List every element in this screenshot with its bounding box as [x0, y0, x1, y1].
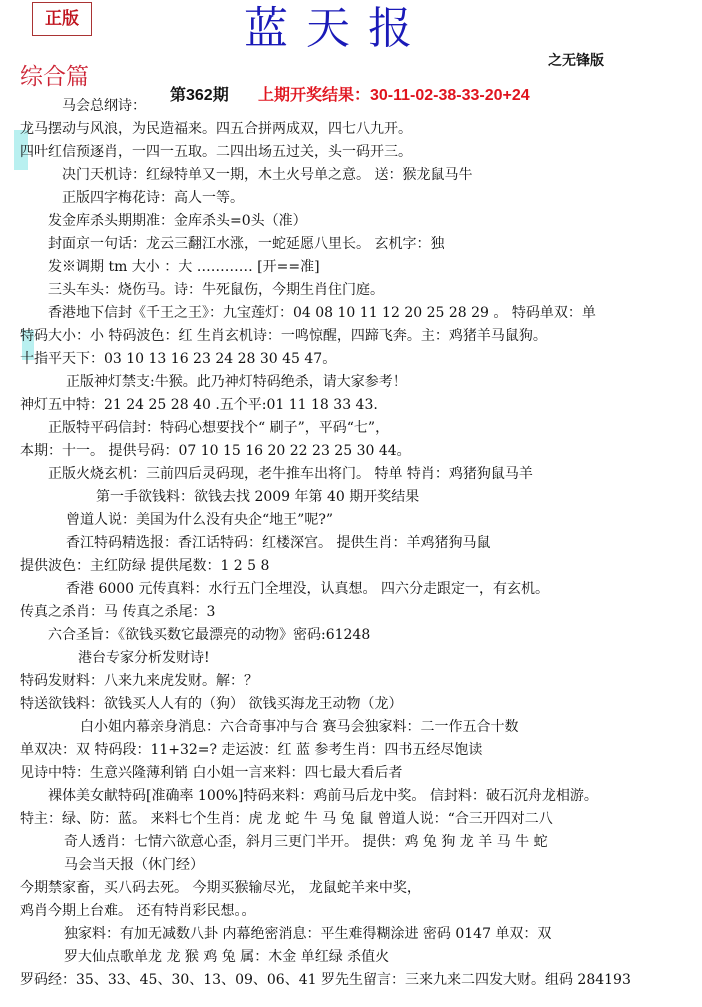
text-line: 香江特码精选报：香江话特码：红楼深宫。 提供生肖：羊鸡猪狗马鼠 — [66, 533, 490, 553]
text-line: 正版神灯禁支:牛猴。此乃神灯特码绝杀，请大家参考！ — [66, 372, 407, 392]
text-line: 决门天机诗：红绿特单又一期，木土火号单之意。 送：猴龙鼠马牛 — [62, 165, 472, 185]
text-line: 发※调期 tm 大小 ：大 ………… [开==准] — [48, 257, 320, 277]
text-line: 罗码经：35、33、45、30、13、09、06、41 罗先生留言：三来九来二四… — [20, 970, 631, 990]
authentic-edition-stamp: 正版 — [32, 2, 92, 36]
section-title: 综合篇 — [20, 62, 89, 92]
text-line: 鸡肖今期上台难。 还有特肖彩民想。。 — [20, 901, 255, 921]
text-line: 正版火烧玄机：三前四后灵码现，老牛推车出将门。 特单 特肖：鸡猪狗鼠马羊 — [48, 464, 533, 484]
issue-number: 第362期 — [170, 82, 229, 105]
text-line: 马会当天报（休门经） — [64, 855, 204, 875]
text-line: 特送欲钱料：欲钱买人人有的（狗） 欲钱买海龙王动物（龙） — [20, 694, 402, 714]
text-line: 龙马摆动与风浪，为民造福来。四五合拼两成双，四七八九开。 — [20, 119, 412, 139]
edition-label: 之无锋版 — [548, 50, 604, 70]
text-line: 十指平天下：03 10 13 16 23 24 28 30 45 47。 — [20, 349, 336, 369]
text-line: 正版四字梅花诗：高人一等。 — [62, 188, 244, 208]
text-line: 白小姐内幕亲身消息：六合奇事冲与合 赛马会独家料：二一作五合十数 — [80, 717, 518, 737]
text-line: 裸体美女献特码[准确率 100%]特码来料：鸡前马后龙中奖。 信封料：破石沉舟龙… — [48, 786, 598, 806]
text-line: 发金库杀头期期准：金库杀头=0头（准） — [48, 211, 307, 231]
text-line: 单双决：双 特码段：11+32=? 走运波：红 蓝 参考生肖：四书五经尽饱读 — [20, 740, 482, 760]
text-line: 香港地下信封《千王之王》：九宝莲灯：04 08 10 11 12 20 25 2… — [48, 303, 596, 323]
text-line: 特码发财料：八来九来虎发财。解：？ — [20, 671, 258, 691]
text-line: 今期禁家畜，买八码去死。 今期买猴输尽光， 龙鼠蛇羊来中奖， — [20, 878, 421, 898]
text-line: 封面京一句话：龙云三翻江水涨，一蛇延愿八里长。 玄机字：独 — [48, 234, 444, 254]
text-line: 特主：绿、防：蓝。 来料七个生肖：虎 龙 蛇 牛 马 兔 鼠 曾道人说：“合三开… — [20, 809, 553, 829]
text-line: 港台专家分析发财诗! — [78, 648, 210, 668]
text-line: 特码大小：小 特码波色：红 生肖玄机诗：一鸣惊醒，四蹄飞奔。主：鸡猪羊马鼠狗。 — [20, 326, 547, 346]
text-line: 罗大仙点歌单龙 龙 猴 鸡 兔 属：木金 单红绿 杀值火 — [64, 947, 389, 967]
text-line: 香港 6000 元传真料：水行五门全埋没，认真想。 四六分走跟定一，有玄机。 — [66, 579, 549, 599]
text-line: 神灯五中特：21 24 25 28 40 .五个平:01 11 18 33 43… — [20, 395, 378, 415]
text-line: 传真之杀肖：马 传真之杀尾：3 — [20, 602, 215, 622]
text-line: 三头车头：烧伤马。诗：牛死鼠伤，今期生肖住门庭。 — [48, 280, 384, 300]
text-line: 本期：十一。 提供号码：07 10 15 16 20 22 23 25 30 4… — [20, 441, 411, 461]
text-line: 独家料：有加无减数八卦 内幕绝密消息：平生难得糊涂进 密码 0147 单双：双 — [64, 924, 551, 944]
text-line: 第一手欲钱料：欲钱去找 2009 年第 40 期开奖结果 — [96, 487, 419, 507]
text-line: 马会总纲诗： — [62, 96, 146, 116]
text-line: 六合圣旨：《欲钱买数它最漂亮的动物》密码:61248 — [48, 625, 370, 645]
text-line: 四叶红信预逐肖，一四一五取。二四出场五过关，头一码开三。 — [20, 142, 412, 162]
last-draw-result: 上期开奖结果：30-11-02-38-33-20+24 — [258, 82, 530, 105]
text-line: 正版特平码信封：特码心想要找个“ 刷子”，平码“七”， — [48, 418, 389, 438]
newspaper-masthead: 蓝天报 — [244, 2, 430, 56]
text-line: 见诗中特：生意兴隆薄利销 白小姐一言来料：四七最大看后者 — [20, 763, 402, 783]
text-line: 奇人透肖：七情六欲意心歪，斜月三更门半开。 提供：鸡 兔 狗 龙 羊 马 牛 蛇 — [64, 832, 548, 852]
text-line: 提供波色：主红防绿 提供尾数：1 2 5 8 — [20, 556, 269, 576]
text-line: 曾道人说：美国为什么没有央企“地王”呢?” — [66, 510, 333, 530]
